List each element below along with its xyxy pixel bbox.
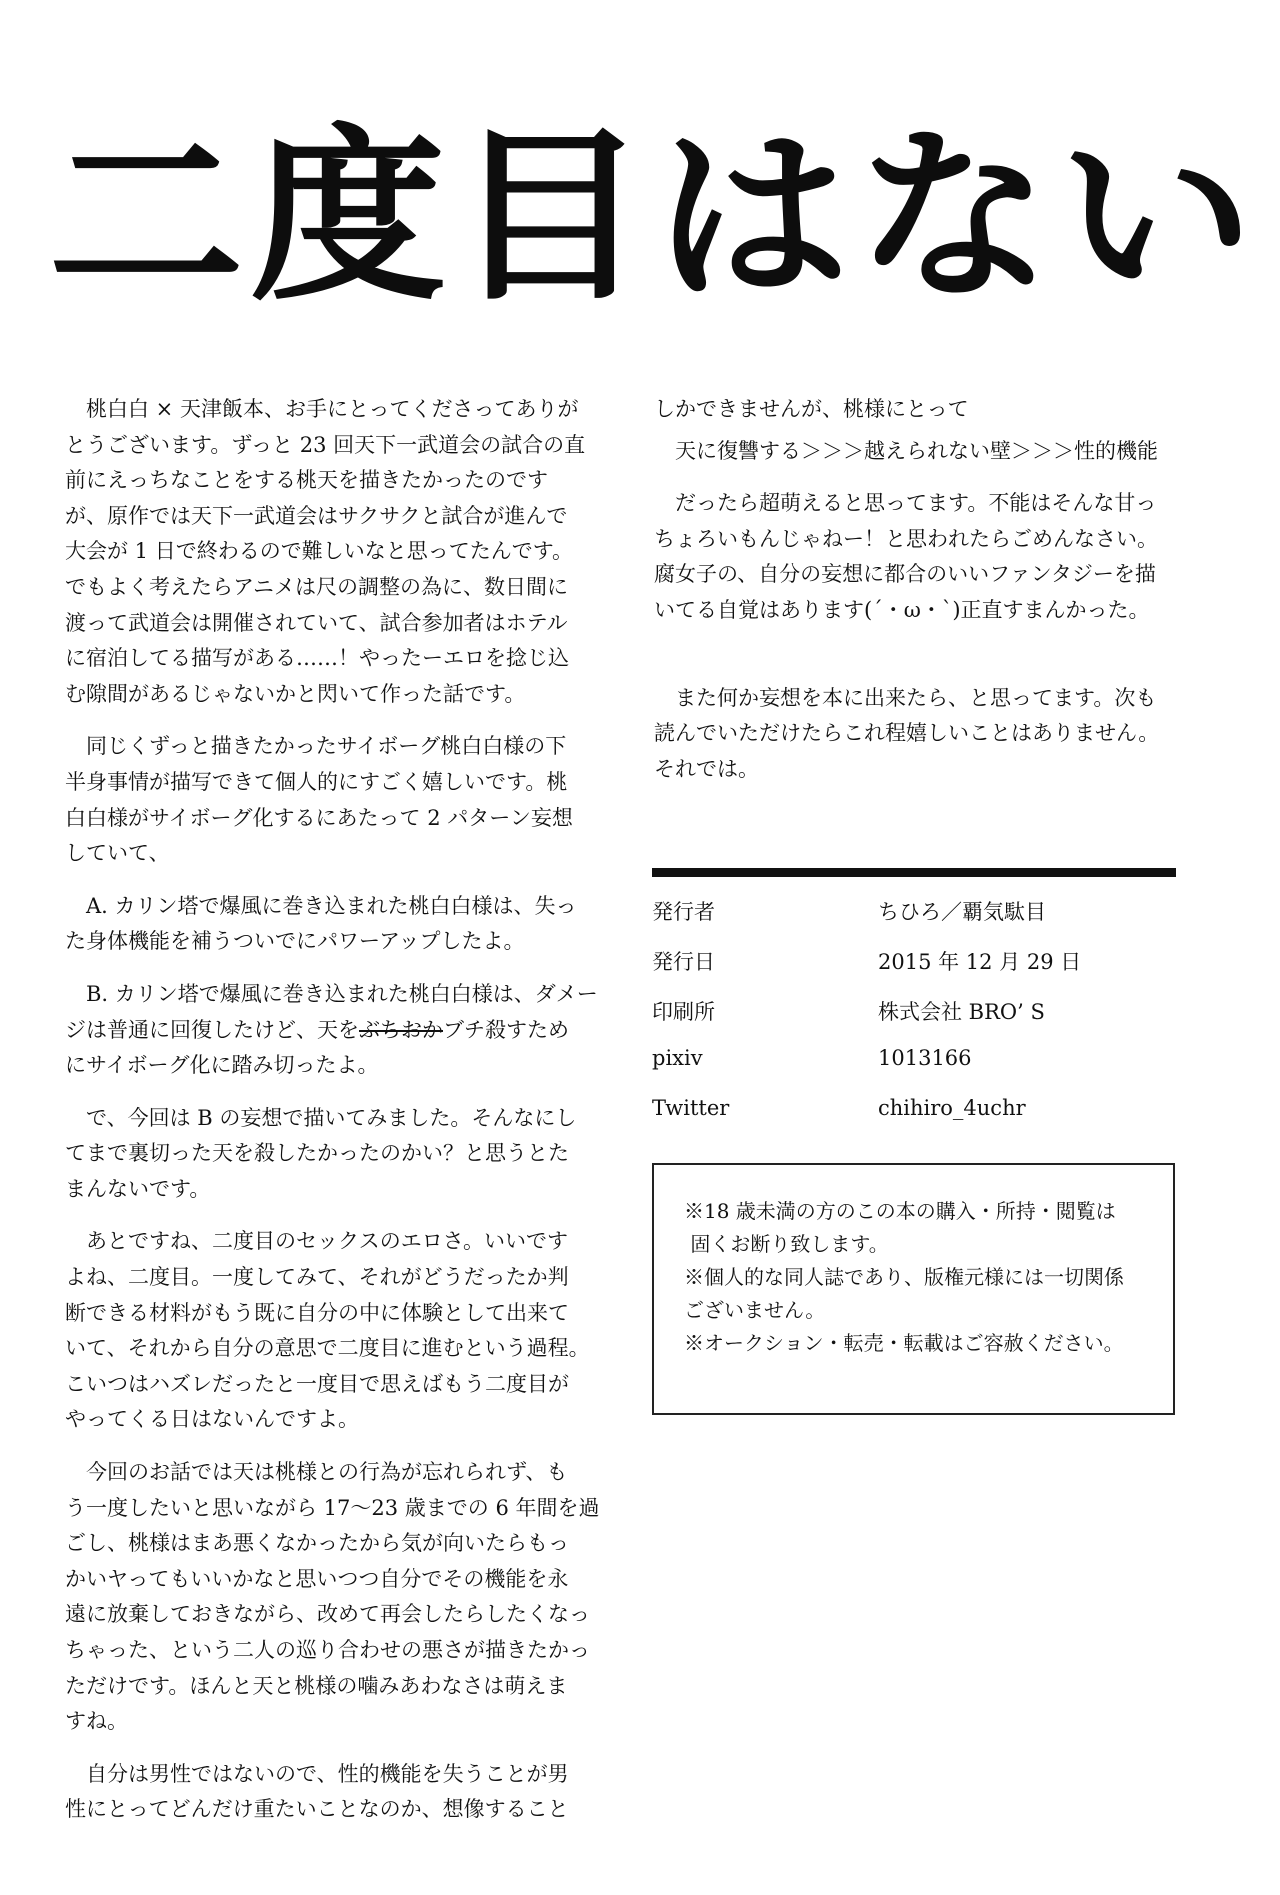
text-line: こいつはハズレだったと一度目で思えばもう二度目が — [65, 1367, 593, 1403]
text-line: でもよく考えたらアニメは尺の調整の為に、数日間に — [65, 570, 593, 606]
notice-text: ※18 歳未満の方のこの本の購入・所持・閲覧は 固くお断り致します。 ※個人的な… — [684, 1195, 1124, 1360]
text-line: に宿泊してる描写がある……！やったーエロを捻じ込 — [65, 641, 593, 677]
text-line: てまで裏切った天を殺したかったのかい？と思うとた — [65, 1136, 593, 1172]
text-line: しかできませんが、桃様にとって — [654, 392, 1179, 428]
text-line: まんないです。 — [65, 1172, 593, 1208]
colophon-label: 発行者 — [652, 896, 715, 926]
colophon-row-twitter: Twitter chihiro_4uchr — [652, 1092, 1176, 1142]
colophon-value: 1013166 — [878, 1046, 972, 1070]
colophon-value: chihiro_4uchr — [878, 1096, 1026, 1120]
text-segment: ブチ殺すため — [443, 1018, 569, 1042]
paragraph-fujoshi: だったら超萌えると思ってます。不能はそんな甘っ ちょろいもんじゃねー！と思われた… — [654, 486, 1179, 628]
text-line: 半身事情が描写できて個人的にすごく嬉しいです。桃 — [65, 765, 593, 801]
text-line: 断できる材料がもう既に自分の中に体験として出来て — [65, 1296, 593, 1332]
text-line: ちゃった、という二人の巡り合わせの悪さが描きたかっ — [65, 1633, 593, 1669]
text-line: いてる自覚はあります(´・ω・`)正直すまんかった。 — [654, 593, 1179, 629]
text-line: 桃白白 × 天津飯本、お手にとってくださってありが — [65, 392, 593, 428]
paragraph-story: 今回のお話では天は桃様との行為が忘れられず、も う一度したいと思いながら 17～… — [65, 1455, 593, 1740]
text-line: それでは。 — [654, 752, 1179, 788]
text-line: 前にえっちなことをする桃天を描きたかったのです — [65, 463, 593, 499]
colophon-label: Twitter — [652, 1096, 729, 1120]
text-line: だったら超萌えると思ってます。不能はそんな甘っ — [654, 486, 1179, 522]
text-line: 性にとってどんだけ重たいことなのか、想像すること — [65, 1792, 593, 1828]
page-title: 二度目はない — [48, 118, 1208, 318]
notice-line: ※個人的な同人誌であり、版権元様には一切関係 — [684, 1261, 1124, 1294]
text-line: にサイボーグ化に踏み切ったよ。 — [65, 1048, 593, 1084]
text-line: 遠に放棄しておきながら、改めて再会したらしたくなっ — [65, 1597, 593, 1633]
text-line: 白白様がサイボーグ化するにあたって 2 パターン妄想 — [65, 801, 593, 837]
paragraph-cyborg: 同じくずっと描きたかったサイボーグ桃白白様の下 半身事情が描写できて個人的にすご… — [65, 729, 593, 871]
text-line: 今回のお話では天は桃様との行為が忘れられず、も — [65, 1455, 593, 1491]
text-line: A. カリン塔で爆風に巻き込まれた桃白白様は、失っ — [65, 889, 593, 925]
colophon-label: 印刷所 — [652, 996, 715, 1026]
paragraph-intro: 桃白白 × 天津飯本、お手にとってくださってありが とうございます。ずっと 23… — [65, 392, 593, 712]
struck-text: ぶちおか — [359, 1018, 443, 1042]
colophon-label: 発行日 — [652, 946, 715, 976]
text-line: 同じくずっと描きたかったサイボーグ桃白白様の下 — [65, 729, 593, 765]
paragraph-continuation: しかできませんが、桃様にとって — [654, 392, 1179, 428]
text-line: いて、それから自分の意思で二度目に進むという過程。 — [65, 1331, 593, 1367]
text-line: また何か妄想を本に出来たら、と思ってます。次も — [654, 681, 1179, 717]
text-line: 自分は男性ではないので、性的機能を失うことが男 — [65, 1757, 593, 1793]
paragraph-closing-left: 自分は男性ではないので、性的機能を失うことが男 性にとってどんだけ重たいことなの… — [65, 1757, 593, 1828]
age-restriction-notice: ※18 歳未満の方のこの本の購入・所持・閲覧は 固くお断り致します。 ※個人的な… — [652, 1163, 1175, 1415]
text-segment: ジは普通に回復したけど、天を — [65, 1018, 359, 1042]
text-line: あとですね、二度目のセックスのエロさ。いいです — [65, 1224, 593, 1260]
afterword-right-column: しかできませんが、桃様にとって 天に復讐する＞＞＞越えられない壁＞＞＞性的機能 … — [654, 392, 1179, 804]
notice-line: ございません。 — [684, 1294, 1124, 1327]
text-line: た身体機能を補うついでにパワーアップしたよ。 — [65, 924, 593, 960]
colophon-value: 2015 年 12 月 29 日 — [878, 946, 1081, 976]
text-line: ちょろいもんじゃねー！と思われたらごめんなさい。 — [654, 522, 1179, 558]
colophon-row-publisher: 発行者 ちひろ／覇気駄目 — [652, 892, 1176, 942]
notice-line: ※オークション・転売・転載はご容赦ください。 — [684, 1327, 1124, 1360]
text-line: む隙間があるじゃないかと閃いて作った話です。 — [65, 677, 593, 713]
text-line: ただけです。ほんと天と桃様の噛みあわなさは萌えま — [65, 1669, 593, 1705]
paragraph-pattern-a: A. カリン塔で爆風に巻き込まれた桃白白様は、失っ た身体機能を補うついでにパワ… — [65, 889, 593, 960]
colophon-label: pixiv — [652, 1046, 703, 1070]
text-line: 渡って武道会は開催されていて、試合参加者はホテル — [65, 606, 593, 642]
paragraph-farewell: また何か妄想を本に出来たら、と思ってます。次も 読んでいただけたらこれ程嬉しいこ… — [654, 681, 1179, 788]
paragraph-second-time: あとですね、二度目のセックスのエロさ。いいです よね、二度目。一度してみて、それ… — [65, 1224, 593, 1438]
text-line: で、今回は B の妄想で描いてみました。そんなにし — [65, 1101, 593, 1137]
colophon-table: 発行者 ちひろ／覇気駄目 発行日 2015 年 12 月 29 日 印刷所 株式… — [652, 892, 1176, 1142]
notice-line: ※18 歳未満の方のこの本の購入・所持・閲覧は — [684, 1195, 1124, 1228]
afterword-left-column: 桃白白 × 天津飯本、お手にとってくださってありが とうございます。ずっと 23… — [65, 392, 593, 1845]
text-line: よね、二度目。一度してみて、それがどうだったか判 — [65, 1260, 593, 1296]
text-line: かいヤってもいいかなと思いつつ自分でその機能を永 — [65, 1562, 593, 1598]
text-line: が、原作では天下一武道会はサクサクと試合が進んで — [65, 499, 593, 535]
text-line: 大会が 1 日で終わるので難しいなと思ってたんです。 — [65, 534, 593, 570]
colophon-row-pixiv: pixiv 1013166 — [652, 1042, 1176, 1092]
text-line: やってくる日はないんですよ。 — [65, 1402, 593, 1438]
text-line: ジは普通に回復したけど、天をぶちおかブチ殺すため — [65, 1013, 593, 1049]
text-line: 読んでいただけたらこれ程嬉しいことはありません。 — [654, 716, 1179, 752]
text-line: していて、 — [65, 836, 593, 872]
paragraph-pattern-b: B. カリン塔で爆風に巻き込まれた桃白白様は、ダメー ジは普通に回復したけど、天… — [65, 977, 593, 1084]
colophon-value: ちひろ／覇気駄目 — [878, 896, 1046, 926]
paragraph-ranking: 天に復讐する＞＞＞越えられない壁＞＞＞性的機能 — [654, 434, 1179, 470]
colophon-row-printer: 印刷所 株式会社 BRO’ S — [652, 992, 1176, 1042]
text-line: 腐女子の、自分の妄想に都合のいいファンタジーを描 — [654, 557, 1179, 593]
text-line: すね。 — [65, 1704, 593, 1740]
colophon-value: 株式会社 BRO’ S — [878, 996, 1045, 1026]
paragraph-this-time: で、今回は B の妄想で描いてみました。そんなにし てまで裏切った天を殺したかっ… — [65, 1101, 593, 1208]
text-line: 天に復讐する＞＞＞越えられない壁＞＞＞性的機能 — [654, 434, 1179, 470]
text-line: B. カリン塔で爆風に巻き込まれた桃白白様は、ダメー — [65, 977, 593, 1013]
text-line: とうございます。ずっと 23 回天下一武道会の試合の直 — [65, 428, 593, 464]
text-line: ごし、桃様はまあ悪くなかったから気が向いたらもっ — [65, 1526, 593, 1562]
colophon-divider — [652, 868, 1176, 877]
text-line: う一度したいと思いながら 17～23 歳までの 6 年間を過 — [65, 1491, 593, 1527]
colophon-row-date: 発行日 2015 年 12 月 29 日 — [652, 942, 1176, 992]
notice-line: 固くお断り致します。 — [684, 1228, 1124, 1261]
